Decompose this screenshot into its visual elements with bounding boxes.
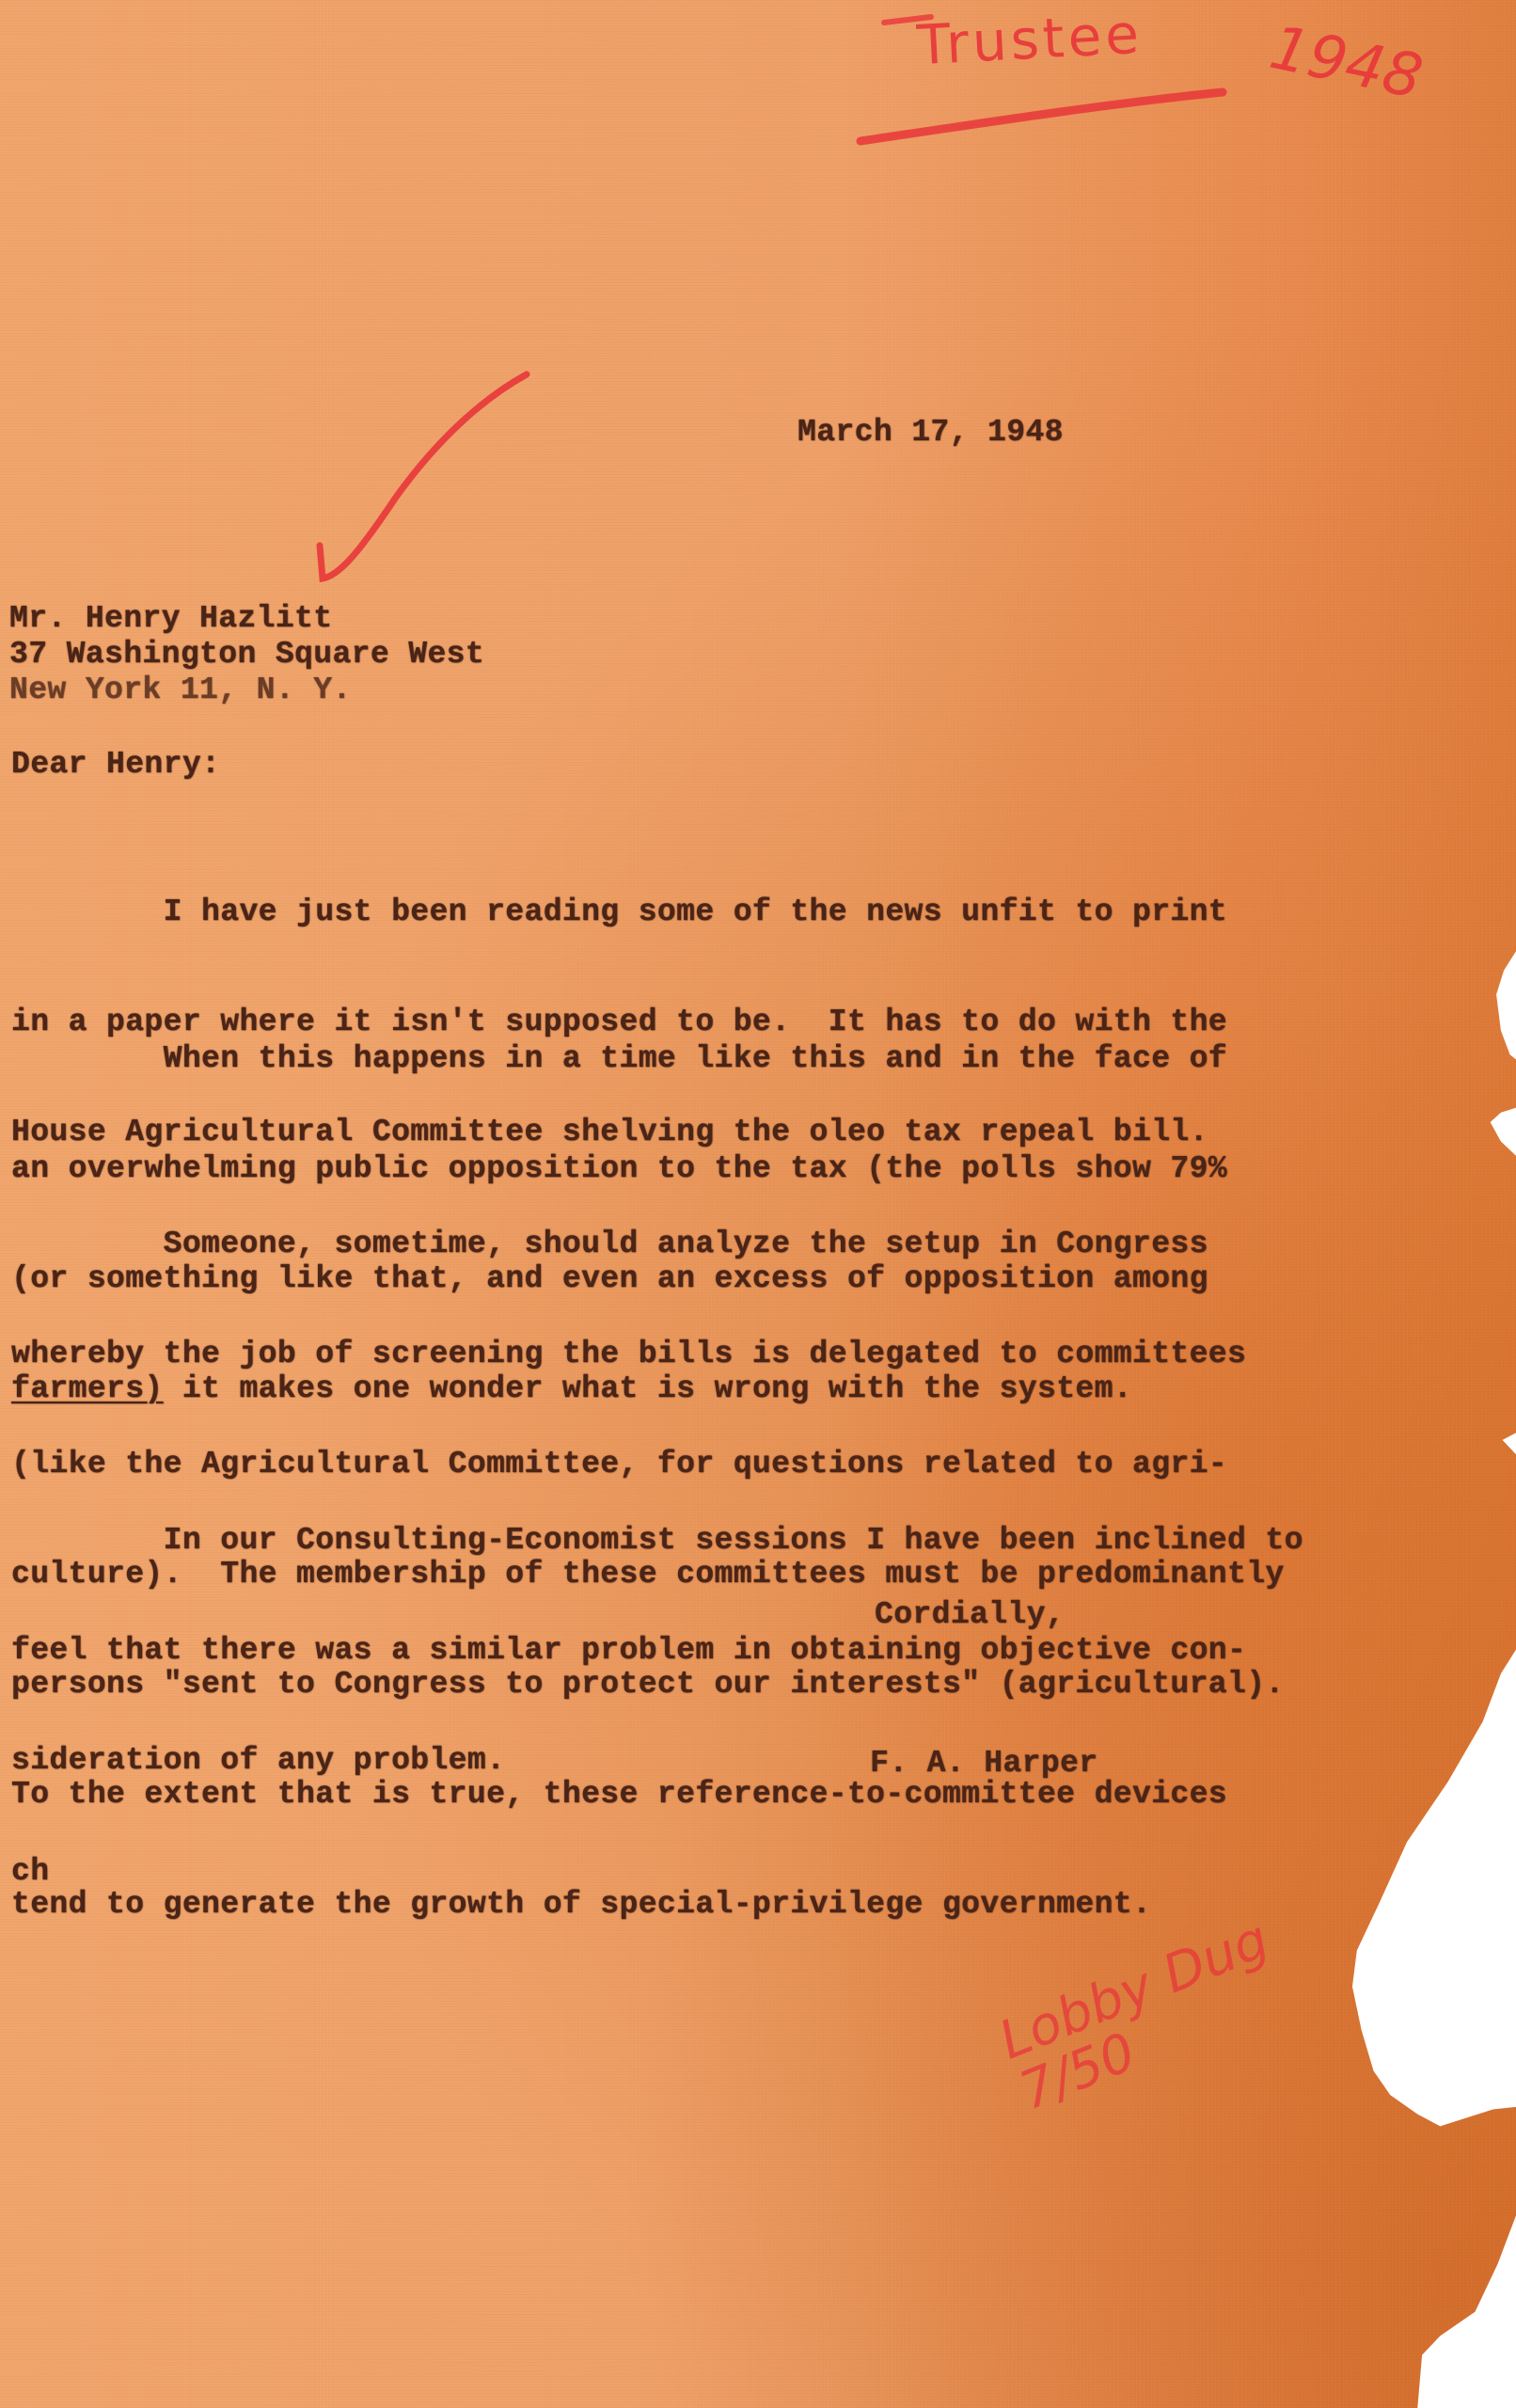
recipient-street: 37 Washington Square West xyxy=(9,636,484,673)
trustee-underline xyxy=(861,92,1223,141)
annotation-year: 1948 xyxy=(1264,13,1429,113)
recipient-name: Mr. Henry Hazlitt xyxy=(9,600,332,637)
paragraph-line: tend to generate the growth of special-p… xyxy=(11,1886,1285,1923)
signature-name: F. A. Harper xyxy=(870,1745,1098,1782)
letter-paper: Trustee 1948 Lobby Dug 7/50 March 17, 19… xyxy=(0,0,1516,2408)
paragraph-4: In our Consulting-Economist sessions I h… xyxy=(11,1449,1303,1852)
recipient-city: New York 11, N. Y. xyxy=(9,672,352,708)
paragraph-line: whereby the job of screening the bills i… xyxy=(11,1336,1285,1372)
annotation-trustee: Trustee xyxy=(915,2,1144,77)
closing: Cordially, xyxy=(875,1596,1065,1633)
paragraph-line: sideration of any problem. xyxy=(11,1742,1303,1779)
paragraph-line: In our Consulting-Economist sessions I h… xyxy=(11,1522,1303,1559)
paragraph-line: feel that there was a similar problem in… xyxy=(11,1632,1303,1669)
paragraph-line: I have just been reading some of the new… xyxy=(11,894,1227,930)
paragraph-line: Someone, sometime, should analyze the se… xyxy=(11,1226,1285,1262)
check-mark-icon xyxy=(320,374,527,578)
salutation: Dear Henry: xyxy=(11,746,220,783)
paragraph-line: When this happens in a time like this an… xyxy=(11,1040,1227,1077)
typist-initials: ch xyxy=(11,1853,49,1890)
letter-date: March 17, 1948 xyxy=(797,414,1064,451)
